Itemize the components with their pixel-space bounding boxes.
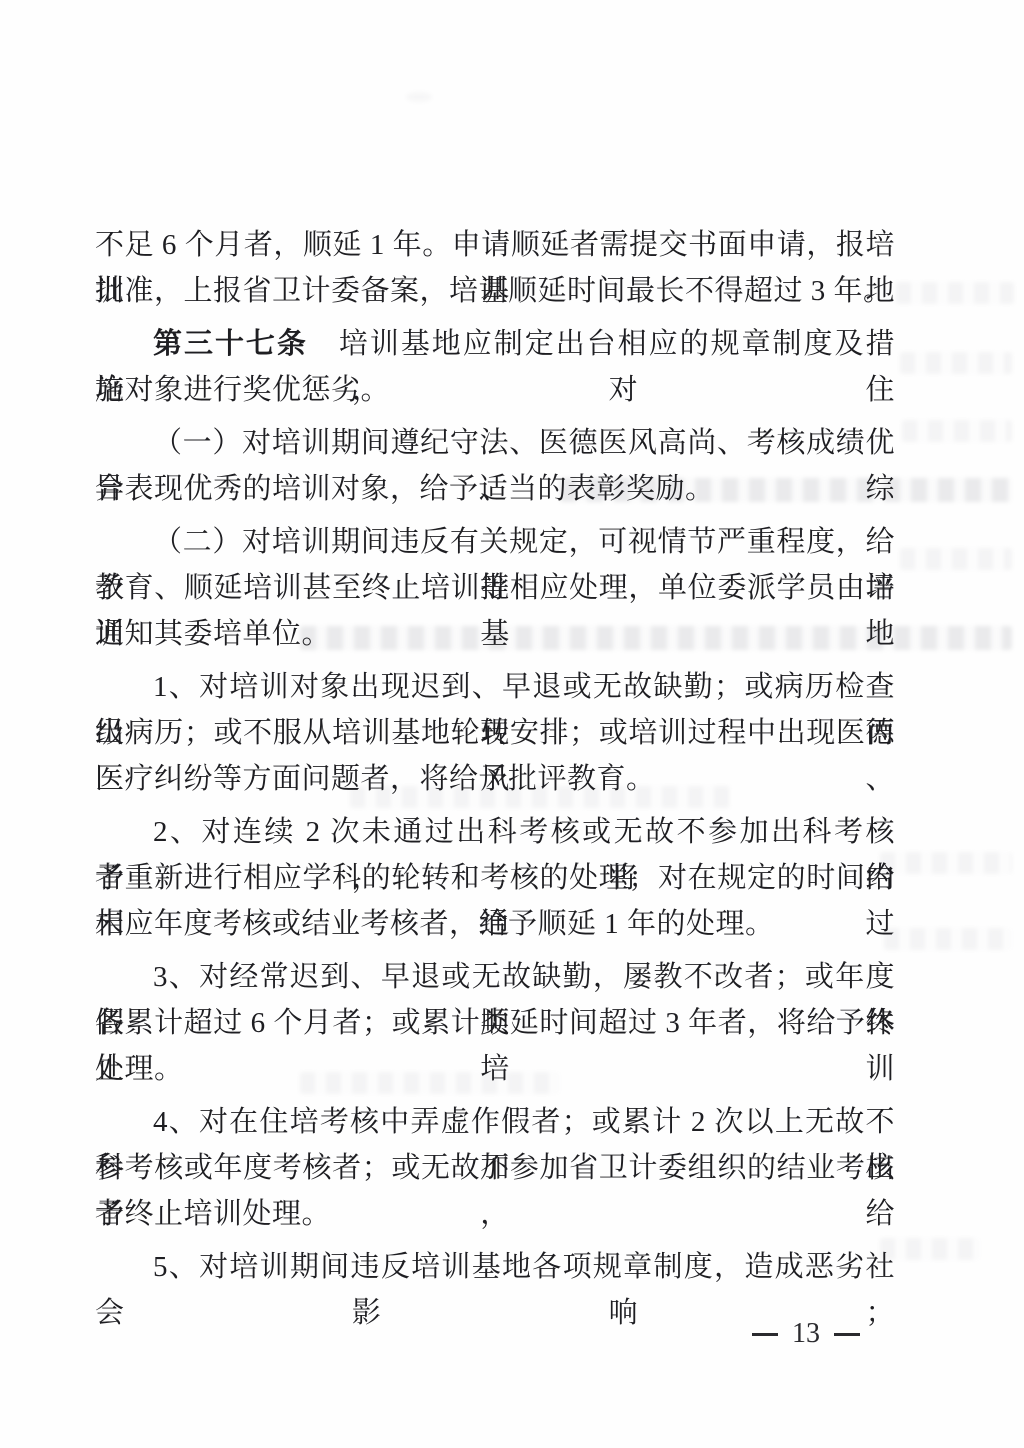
line-text: 培对象进行奖优惩劣。 [95,374,390,406]
text-line: 科考核或年度考核者；或无故不参加省卫计委组织的结业考核者，给 [95,1145,895,1191]
line-text: 医疗纠纷等方面问题者，将给予批评教育。 [95,763,656,795]
line-text: 处理。 [95,1053,184,1085]
scan-smudge [406,92,432,102]
text-line: 1、对培训对象出现迟到、早退或无故缺勤；或病历检查出现丙 [95,664,895,710]
text-line: 予重新进行相应学科的轮转和考核的处理；对在规定的时间内未通过 [95,855,895,901]
line-text: 予终止培训处理。 [95,1198,331,1230]
footer-right-dash [834,1333,860,1336]
line-text: 通知其委培单位。 [95,618,331,650]
bleedthrough-smudge [880,852,1012,874]
bleedthrough-smudge [880,1238,980,1260]
text-line: 2、对连续 2 次未通过出科考核或无故不参加出科考核者，将给 [95,809,895,855]
bleedthrough-smudge [900,352,1012,374]
bleedthrough-smudge [896,282,1014,304]
bleedthrough-smudge [884,928,1012,950]
text-line: 3、对经常迟到、早退或无故缺勤，屡教不改者；或年度各类休 [95,954,895,1000]
text-line: 批准，上报省卫计委备案，培训顺延时间最长不得超过 3 年。 [95,268,895,314]
text-line: （一）对培训期间遵纪守法、医德医风高尚、考核成绩优异、综 [95,420,895,466]
text-line-article-heading: 第三十七条 培训基地应制定出台相应的规章制度及措施，对住 [95,321,895,367]
page-number: 13 [792,1318,820,1350]
text-line: 假累计超过 6 个月者；或累计顺延时间超过 3 年者，将给予终止培训 [95,1000,895,1046]
line-text: 相应年度考核或结业考核者，给予顺延 1 年的处理。 [95,908,775,940]
bleedthrough-smudge [902,420,1012,442]
text-line: 教育、顺延培训甚至终止培训等相应处理，单位委派学员由培训基地 [95,565,895,611]
text-line: 不足 6 个月者，顺延 1 年。申请顺延者需提交书面申请，报培训基地 [95,222,895,268]
scanned-document-page: 不足 6 个月者，顺延 1 年。申请顺延者需提交书面申请，报培训基地 批准，上报… [0,0,1024,1448]
footer-left-dash [752,1333,778,1336]
text-line: 5、对培训期间违反培训基地各项规章制度，造成恶劣社会影响； [95,1244,895,1290]
line-text: 假累计超过 6 个月者；或累计顺延时间超过 3 年者，将给予终止培训 [95,1007,895,1085]
page-number-footer: 13 [752,1318,860,1350]
line-text: 批准，上报省卫计委备案，培训顺延时间最长不得超过 3 年。 [95,275,893,307]
line-text: 合表现优秀的培训对象，给予适当的表彰奖励。 [95,473,715,505]
bleedthrough-smudge [900,548,1012,570]
text-line: 级病历；或不服从培训基地轮转安排；或培训过程中出现医德医风、 [95,710,895,756]
text-line: （二）对培训期间违反有关规定，可视情节严重程度，给予批评 [95,519,895,565]
text-line: 4、对在住培考核中弄虚作假者；或累计 2 次以上无故不参加出 [95,1099,895,1145]
document-body: 不足 6 个月者，顺延 1 年。申请顺延者需提交书面申请，报培训基地 批准，上报… [95,222,895,1290]
article-number: 第三十七条 [153,328,308,360]
